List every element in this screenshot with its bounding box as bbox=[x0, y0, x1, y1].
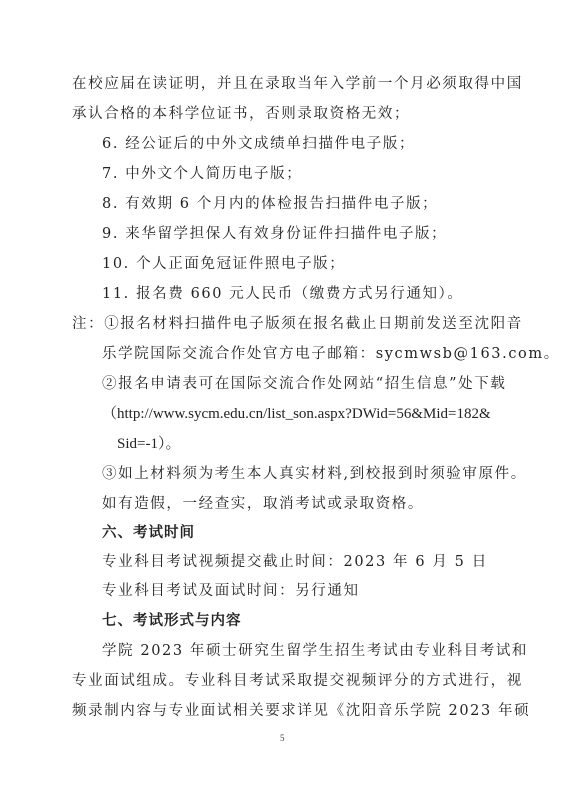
note-line: 如有造假，一经查实，取消考试或录取资格。 bbox=[102, 494, 424, 514]
note-url-line: Sid=-1）。 bbox=[117, 434, 180, 454]
list-item-9: 9. 来华留学担保人有效身份证件扫描件电子版； bbox=[102, 224, 447, 244]
paragraph-line: 承认合格的本科学位证书，否则录取资格无效； bbox=[72, 104, 410, 124]
note-line: ②报名申请表可在国际交流合作处网站“招生信息”处下载 bbox=[102, 374, 506, 394]
paragraph-line: 专业科目考试视频提交截止时间：2023 年 6 月 5 日 bbox=[102, 552, 488, 572]
note-email-line: 乐学院国际交流合作处官方电子邮箱：sycmwsb@163.com。 bbox=[102, 344, 560, 364]
paragraph-line: 在校应届在读证明，并且在录取当年入学前一个月必须取得中国 bbox=[72, 74, 523, 94]
list-item-10: 10. 个人正面免冠证件照电子版； bbox=[102, 254, 345, 274]
document-page: 在校应届在读证明，并且在录取当年入学前一个月必须取得中国 承认合格的本科学位证书… bbox=[0, 0, 565, 800]
note-line: ③如上材料须为考生本人真实材料,到校报到时须验审原件。 bbox=[102, 464, 527, 484]
paragraph-line: 频录制内容与专业面试相关要求详见《沈阳音乐学院 2023 年硕 bbox=[72, 701, 530, 721]
note-url-line: （http://www.sycm.edu.cn/list_son.aspx?DW… bbox=[102, 404, 491, 424]
list-item-8: 8. 有效期 6 个月内的体检报告扫描件电子版； bbox=[102, 194, 438, 214]
section-heading-exam-time: 六、考试时间 bbox=[102, 523, 195, 543]
note-line: 注：①报名材料扫描件电子版须在报名截止日期前发送至沈阳音 bbox=[72, 314, 523, 334]
page-number: 5 bbox=[280, 733, 285, 743]
list-item-6: 6. 经公证后的中外文成绩单扫描件电子版； bbox=[102, 134, 415, 154]
list-item-7: 7. 中外文个人简历电子版； bbox=[102, 164, 302, 184]
paragraph-line: 专业科目考试及面试时间：另行通知 bbox=[102, 581, 360, 601]
paragraph-line: 专业面试组成。专业科目考试采取提交视频评分的方式进行，视 bbox=[72, 671, 523, 691]
section-heading-exam-format: 七、考试形式与内容 bbox=[102, 611, 242, 631]
list-item-11: 11. 报名费 660 元人民币（缴费方式另行通知）。 bbox=[102, 284, 464, 304]
paragraph-line: 学院 2023 年硕士研究生留学生招生考试由专业科目考试和 bbox=[102, 641, 528, 661]
